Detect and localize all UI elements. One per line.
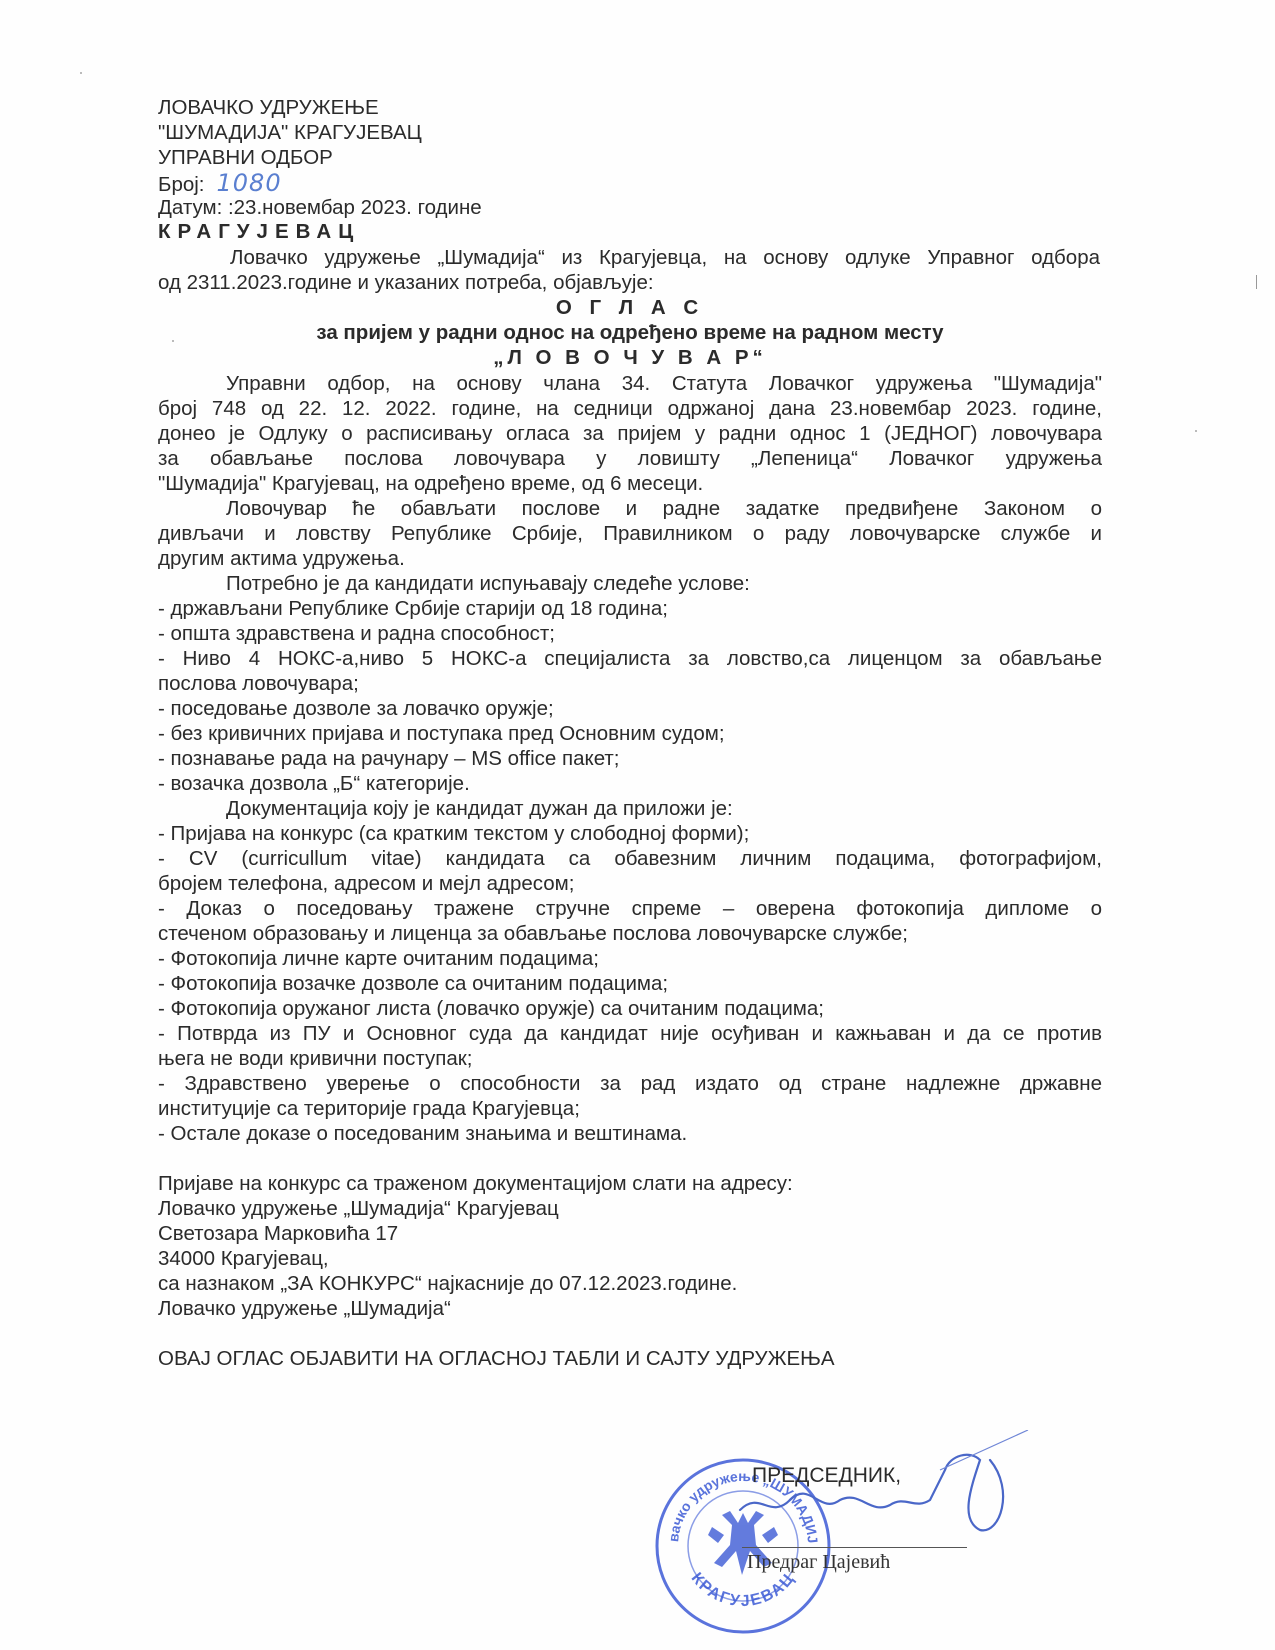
number-label: Број: — [158, 173, 205, 196]
document-item: - Фотокопија оружаног листа (ловачко ору… — [158, 996, 824, 1022]
handwritten-signature-icon — [730, 1430, 1030, 1550]
address-city: 34000 Крагујевац, — [158, 1246, 329, 1272]
document-item: - Пријава на конкурс (са кратким текстом… — [158, 821, 749, 847]
document-item: - Фотокопија возачке дозволе са очитаним… — [158, 971, 668, 997]
intro-line1: Ловачко удружење „Шумадија“ из Крагујевц… — [230, 245, 1100, 271]
documents-intro: Документација коју је кандидат дужан да … — [226, 796, 733, 822]
org-name-line1: ЛОВАЧКО УДРУЖЕЊЕ — [158, 95, 379, 121]
document-item: - CV (curricullum vitae) кандидата са об… — [158, 846, 1102, 872]
document-item: бројем телефона, адресом и мејл адресом; — [158, 871, 574, 897]
document-item: - Потврда из ПУ и Основног суда да канди… — [158, 1021, 1102, 1047]
document-item: институције са територије града Крагујев… — [158, 1096, 580, 1122]
document-item: - Здравствено уверење о способности за р… — [158, 1071, 1102, 1097]
position-title: „Л О В О Ч У В А Р“ — [158, 345, 1102, 371]
p1-line3: донео је Одлуку о расписивању огласа за … — [158, 421, 1102, 447]
document-item: њега не води кривични поступак; — [158, 1046, 472, 1072]
scan-speck — [172, 340, 174, 342]
p2-line1: Ловочувар ће обављати послове и радне за… — [226, 496, 1102, 522]
condition-item: послова ловочувара; — [158, 671, 359, 697]
condition-item: - возачка дозвола „Б“ категорије. — [158, 771, 470, 797]
application-deadline: са назнаком „ЗА КОНКУРС“ најкасније до 0… — [158, 1271, 737, 1297]
condition-item: - познавање рада на рачунару – MS office… — [158, 746, 620, 772]
org-name-line2: "ШУМАДИЈА" КРАГУЈЕВАЦ — [158, 120, 422, 146]
signature-line — [742, 1547, 967, 1548]
p1-line1: Управни одбор, на основу члана 34. Стату… — [226, 371, 1102, 397]
condition-item: - без кривичних пријава и поступака пред… — [158, 721, 725, 747]
org-board: УПРАВНИ ОДБОР — [158, 145, 333, 171]
p2-line3: другим актима удружења. — [158, 546, 405, 572]
p1-line4: за обављање послова ловочувара у ловишту… — [158, 446, 1102, 472]
document-item: - Доказ о поседовању тражене стручне спр… — [158, 896, 1102, 922]
address-street: Светозара Марковића 17 — [158, 1221, 398, 1247]
address-intro: Пријаве на конкурс са траженом документа… — [158, 1171, 793, 1197]
document-date: Датум: :23.новембар 2023. године — [158, 195, 482, 221]
document-item: стеченом образовању и лиценца за обављањ… — [158, 921, 908, 947]
p2-line2: дивљачи и ловству Републике Србије, Прав… — [158, 521, 1102, 547]
svg-text:КРАГУЈЕВАЦ: КРАГУЈЕВАЦ — [688, 1570, 799, 1610]
document-item: - Фотокопија личне карте очитаним подаци… — [158, 946, 599, 972]
conditions-intro: Потребно је да кандидати испуњавају след… — [226, 571, 750, 597]
scan-speck — [1195, 430, 1197, 432]
address-line1: Ловачко удружење „Шумадија“ Крагујевац — [158, 1196, 559, 1222]
condition-item: - поседовање дозволе за ловачко оружје; — [158, 696, 554, 722]
document-page: ЛОВАЧКО УДРУЖЕЊЕ "ШУМАДИЈА" КРАГУЈЕВАЦ У… — [0, 0, 1275, 1650]
p1-line2: број 748 од 22. 12. 2022. године, на сед… — [158, 396, 1102, 422]
publication-notice: ОВАЈ ОГЛАС ОБЈАВИТИ НА ОГЛАСНОЈ ТАБЛИ И … — [158, 1346, 835, 1372]
announcement-subtitle: за пријем у радни однос на одређено врем… — [158, 320, 1102, 346]
handwritten-number: 1080 — [217, 169, 282, 197]
condition-item: - општа здравствена и радна способност; — [158, 621, 555, 647]
announcement-title: О Г Л А С — [158, 295, 1102, 321]
intro-line2: од 2311.2023.године и указаних потреба, … — [158, 270, 654, 296]
document-city: КРАГУЈЕВАЦ — [158, 219, 360, 245]
scan-edge-mark — [1256, 275, 1257, 289]
condition-item: - Ниво 4 НОКС-а,ниво 5 НОКС-а специјалис… — [158, 646, 1102, 672]
signatory-name: Предраг Цајевић — [747, 1551, 890, 1574]
scan-speck — [80, 72, 82, 74]
document-item: - Остале доказе о поседованим знањима и … — [158, 1121, 687, 1147]
document-number: Број:1080 — [158, 170, 282, 198]
p1-line5: "Шумадија" Крагујевац, на одређено време… — [158, 471, 703, 497]
condition-item: - држављани Републике Србије старији од … — [158, 596, 668, 622]
address-signoff: Ловачко удружење „Шумадија“ — [158, 1296, 451, 1322]
